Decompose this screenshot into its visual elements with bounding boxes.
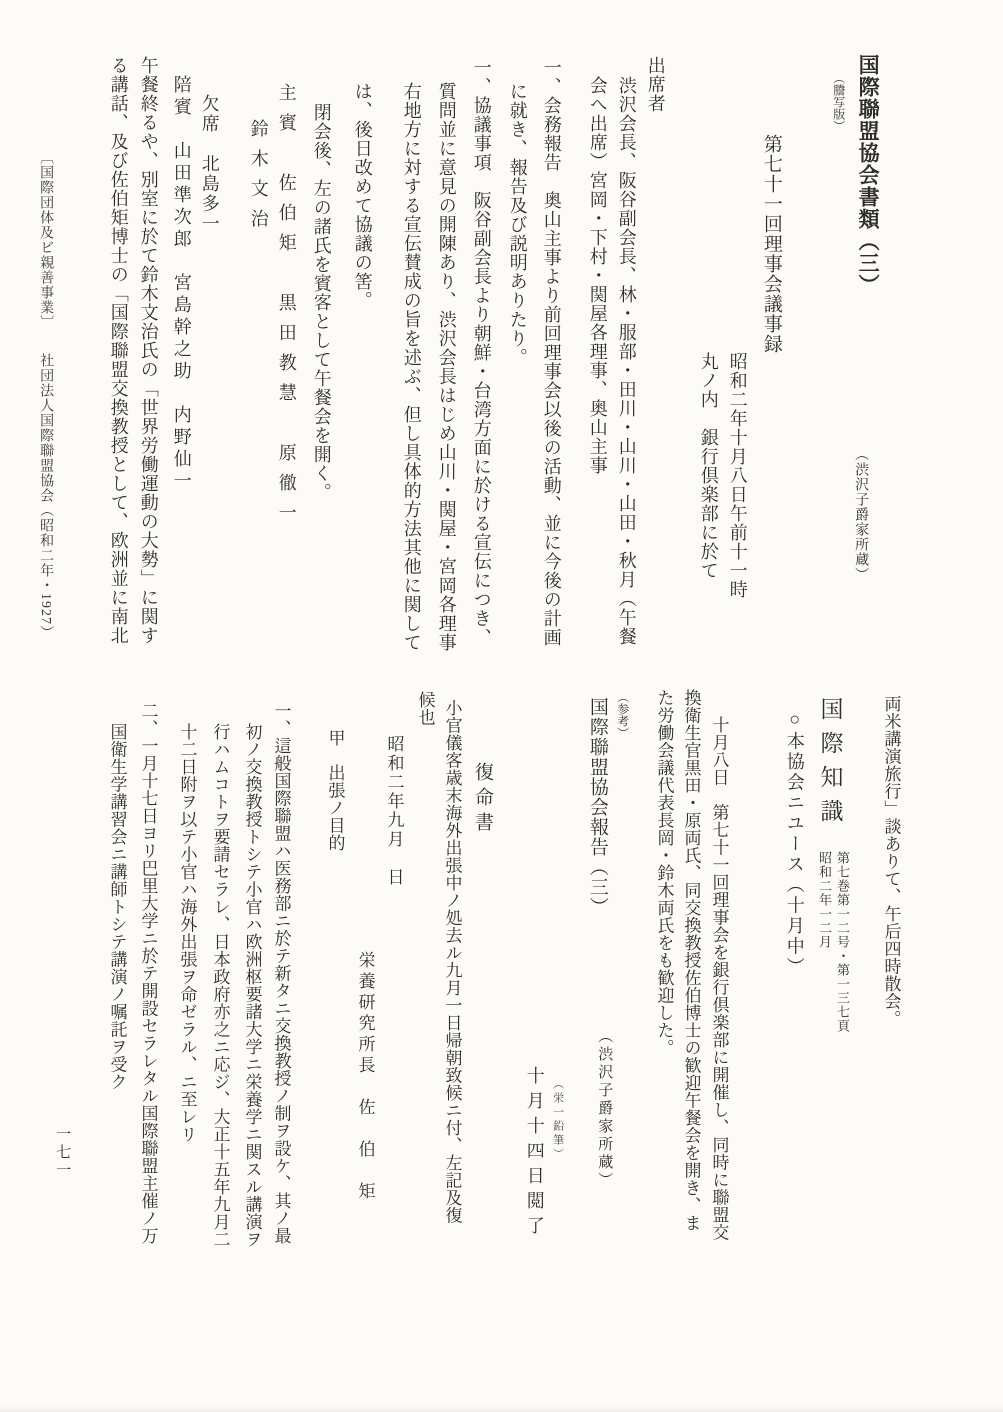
main-title: 国際聯盟協会書類（三） [856,54,880,296]
journal-title: 国際知識 [816,697,842,833]
page-number: 一七一 [53,1126,70,1180]
journal-citation-1: 第七巻第一二号・第一三七頁 [834,851,849,1033]
report-doc-title: 復命書 [471,762,493,837]
report-item1-line-4: 十二日附ヲ以テ小官ハ海外出張ヲ命ゼラル、ニ至レリ [177,723,197,1143]
report-body-line-2: 候也 [415,691,435,726]
guests-main-line: 主賓 佐伯矩 黒田教慧 原徹一 [276,83,297,533]
pencil-annotation: （栄一鉛筆） [551,1078,564,1162]
document-page: 国際聯盟協会書類（三） （渋沢子爵家所蔵） （謄写版） 第七十一回理事会議事録 … [0,0,1003,1412]
agenda-discussion-line-1: 一、協議事項 阪谷副会長より朝鮮・台湾方面に於ける宣伝につき、 [471,58,492,647]
report-item2-line-2: 国衛生学講習会ニ講師トシテ講演ノ嘱託ヲ受ク [107,723,127,1091]
journal-citation-2: 昭和二年一二月 [816,851,831,949]
agenda-report-line-2: に就き、報告及び説明ありたり。 [507,82,528,367]
report-item1-line-3: 行ハムコトヲ要請セラレ、日本政府亦之ニ応ジ、大正十五年九月二 [210,723,230,1248]
report-item1-line-2: 初ノ交換教授トシテ小官ハ欧洲枢要諸大学ニ栄養学ニ関スル講演ヲ [242,723,262,1248]
ownership-note-top: （渋沢子爵家所蔵） [852,447,868,582]
meeting-datetime: 昭和二年十月八日午前十一時 [727,352,748,599]
edition-note: （謄写版） [831,72,845,132]
lecture-continuation-line: 両米講演旅行」談ありて、午后四時散会。 [881,695,901,1028]
report-item1-line-1: 一、這般国際聯盟ハ医務部ニ於テ新タニ交換教授ノ制ヲ設ケ、其ノ最 [271,702,291,1245]
after-lunch-line-1: 午餐終るや、別室に於て鈴木文治氏の「世界労働運動の大勢」に関す [138,56,159,645]
report-item2-line-1: 二、一月十七日ヨリ巴里大学ニ於テ開設セラレタル国際聯盟主催ノ万 [138,702,158,1245]
meeting-venue: 丸ノ内 銀行倶楽部に於て [698,352,719,580]
absent-line: 欠席 北島多一 [199,94,220,234]
review-date-note: 十月十四日閲了 [524,1066,545,1241]
report-body-line-1: 小官儀客歳末海外出張中ノ処去ル九月一日帰朝致候ニ付、左記及復 [442,699,462,1224]
report-date-line: 昭和二年九月 日 [384,735,404,887]
guests-companion-line: 陪賓 山田準次郎 宮島幹之助 内野仙一 [171,75,192,493]
agenda-discussion-line-3: 右地方に対する宣伝賛成の旨を述ぶ、但し具体的方法其他に関して [401,82,422,652]
news-heading: ○本協会ニユース（十月中） [784,709,805,978]
guests-main-line-2: 鈴木文治 [248,119,269,239]
meeting-subtitle: 第七十一回理事会議事録 [760,134,782,354]
attendees-line-2: 会へ出席）宮岡・下村・関屋各理事、奥山主事 [587,76,608,475]
margin-source-note: 〔国際団体及ビ親善事業〕 社団法人国際聯盟協会（昭和二年・1927） [37,150,53,640]
ownership-note-bottom: （渋沢子爵家所蔵） [595,1028,612,1190]
report-signature: 栄養研究所長 佐 伯 矩 [355,951,375,1203]
report-section-heading: 甲 出張ノ目的 [325,729,345,852]
news-line-3: た労働会議代表長岡・鈴木両氏をも歓迎した。 [654,689,674,1057]
news-line-1: 十月八日 第七十一回理事会を銀行倶楽部に開催し、同時に聯盟交 [709,716,729,1241]
after-lunch-line-2: る講話、及び佐伯矩博士の「国際聯盟交換教授として、欧洲並に南北 [108,56,129,645]
agenda-report-line-1: 一、会務報告 奥山主事より前回理事会以後の活動、並に今後の計画 [541,58,562,647]
reference-note: （参考） [615,691,629,739]
attendees-heading: 出席者 [645,56,666,113]
news-line-2: 換衛生官黒田・原両氏、同交換教授佐伯博士の歓迎午餐会を開き、ま [681,689,701,1232]
agenda-discussion-line-4: は、後日改めて協議の筈。 [352,82,373,310]
report-title: 国際聯盟協会報告（三） [586,697,608,917]
attendees-line-1: 渋沢会長、阪谷副会長、林・服部・田川・山川・山田・秋月（午餐 [616,76,637,646]
luncheon-line: 閉会後、左の諸氏を賓客として午餐会を開く。 [311,103,332,502]
agenda-discussion-line-2: 質問並に意見の開陳あり、渋沢会長はじめ山川・関屋・宮岡各理事 [436,82,457,652]
